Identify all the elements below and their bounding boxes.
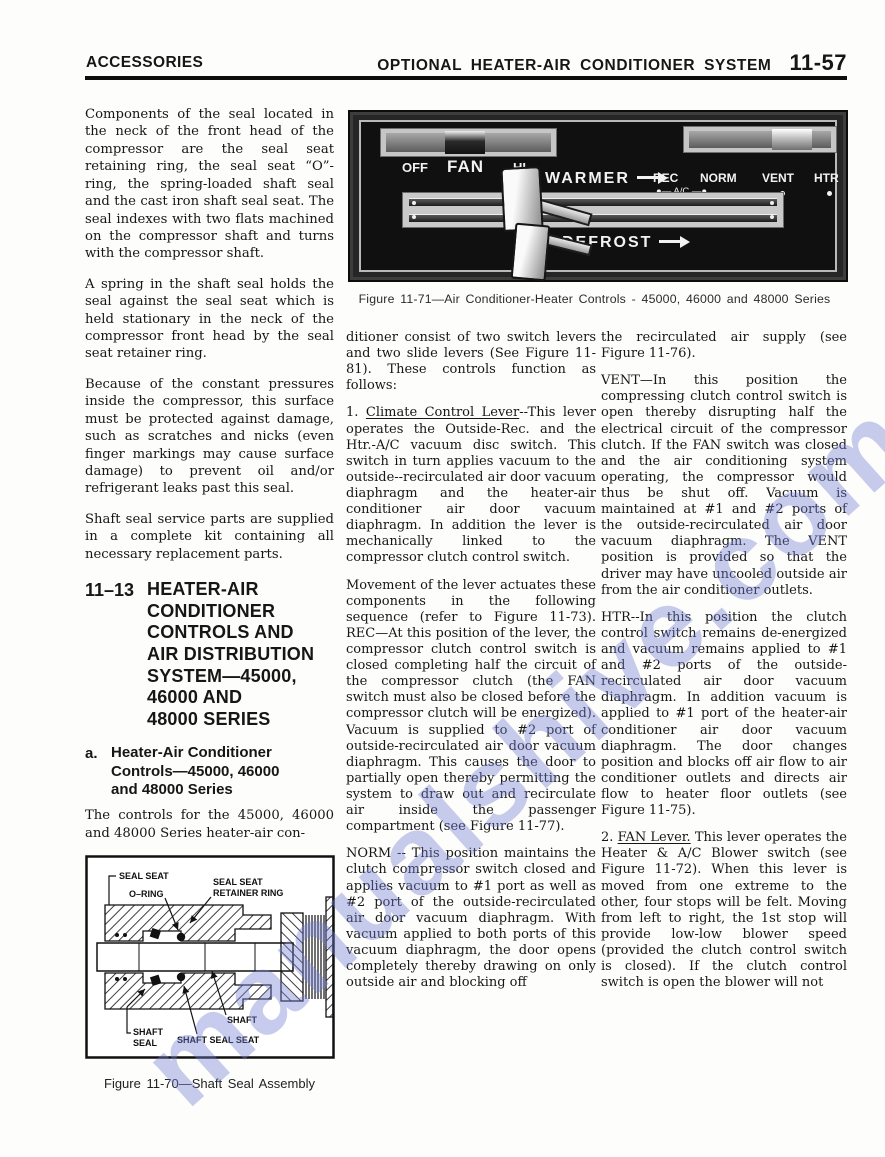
manual-page: ACCESSORIES OPTIONAL HEATER-AIR CONDITIO…	[0, 0, 885, 1157]
label-retainer-2: RETAINER RING	[213, 888, 283, 898]
label-o-ring: O–RING	[129, 889, 164, 899]
underlined-term: FAN Lever.	[618, 830, 691, 845]
figure-11-70-caption: Figure 11-70—Shaft Seal Assembly	[85, 1076, 334, 1091]
numbered-item-1: 1. Climate Control Lever--This lever ope…	[346, 405, 596, 566]
paragraph: Movement of the lever actuates these com…	[346, 578, 596, 836]
figure-11-70-diagram: SEAL SEAT O–RING SEAL SEAT RETAINER RING…	[85, 855, 334, 1091]
climate-slider-knob	[772, 129, 812, 150]
label-shaft-seal-seat: SHAFT SEAL SEAT	[177, 1035, 260, 1045]
warmer-arrow-icon	[637, 176, 659, 179]
label-seal-seat: SEAL SEAT	[119, 871, 169, 881]
label-shaft-seal-2: SEAL	[133, 1038, 158, 1048]
figure-11-71-caption: Figure 11-71—Air Conditioner-Heater Cont…	[342, 292, 847, 306]
numbered-item-2: 2. FAN Lever. This lever operates the He…	[601, 830, 847, 991]
section-number: 11–13	[85, 579, 147, 730]
slide-lever-channel	[402, 192, 784, 228]
climate-slider	[683, 126, 837, 153]
figure-11-71-photo: OFF FAN HI REC NORM VENT HTR ●— A/C —● W…	[350, 112, 846, 280]
defrost-lever-knob	[511, 223, 551, 282]
header-rule	[85, 76, 847, 80]
left-column: Components of the seal located in the ne…	[85, 106, 334, 1091]
paragraph: ditioner consist of two switch levers an…	[346, 330, 596, 394]
label-warmer: WARMER	[545, 170, 659, 188]
label-norm: NORM	[700, 171, 737, 185]
fan-slider	[380, 128, 557, 157]
label-shaft-seal-1: SHAFT	[133, 1027, 163, 1037]
paragraph: HTR--In this position the clutch control…	[601, 610, 847, 819]
subsection-heading: a. Heater-Air Conditioner Controls—45000…	[85, 744, 334, 799]
label-off: OFF	[402, 160, 428, 175]
paragraph: NORM -- This position maintains the clut…	[346, 846, 596, 991]
section-title: HEATER-AIR CONDITIONER CONTROLS AND AIR …	[147, 579, 314, 730]
label-htr: HTR	[814, 171, 839, 185]
middle-column: ditioner consist of two switch levers an…	[346, 330, 596, 1002]
label-vent: VENT	[762, 171, 794, 185]
paragraph: the recirculated air supply (see Figure …	[601, 330, 847, 362]
paragraph: A spring in the shaft seal holds the sea…	[85, 276, 334, 363]
subsection-letter: a.	[85, 744, 111, 799]
defrost-arrow-icon	[659, 240, 681, 243]
label-retainer-1: SEAL SEAT	[213, 877, 263, 887]
paragraph: The controls for the 45000, 46000 and 48…	[85, 807, 334, 842]
shaft-seal-assembly-drawing: SEAL SEAT O–RING SEAL SEAT RETAINER RING…	[85, 855, 335, 1059]
right-column: the recirculated air supply (see Figure …	[601, 330, 847, 1002]
paragraph: Because of the constant pressures inside…	[85, 376, 334, 498]
header-right: OPTIONAL HEATER-AIR CONDITIONER SYSTEM 1…	[377, 50, 847, 76]
header-page-title: OPTIONAL HEATER-AIR CONDITIONER SYSTEM	[377, 57, 771, 75]
subsection-title: Heater-Air Conditioner Controls—45000, 4…	[111, 744, 279, 799]
label-shaft: SHAFT	[227, 1015, 257, 1025]
paragraph: Shaft seal service parts are supplied in…	[85, 511, 334, 563]
paragraph: Components of the seal located in the ne…	[85, 106, 334, 263]
underlined-term: Climate Control Lever	[366, 405, 519, 420]
label-fan: FAN	[447, 157, 484, 177]
fan-slider-knob	[445, 131, 485, 154]
temp-lever-knob	[500, 166, 543, 232]
header-section-title: ACCESSORIES	[86, 54, 203, 72]
page-number: 11-57	[789, 50, 847, 76]
paragraph: VENT—In this position the compressing cl…	[601, 373, 847, 599]
section-heading: 11–13 HEATER-AIR CONDITIONER CONTROLS AN…	[85, 579, 334, 730]
htr-dot	[827, 191, 832, 196]
